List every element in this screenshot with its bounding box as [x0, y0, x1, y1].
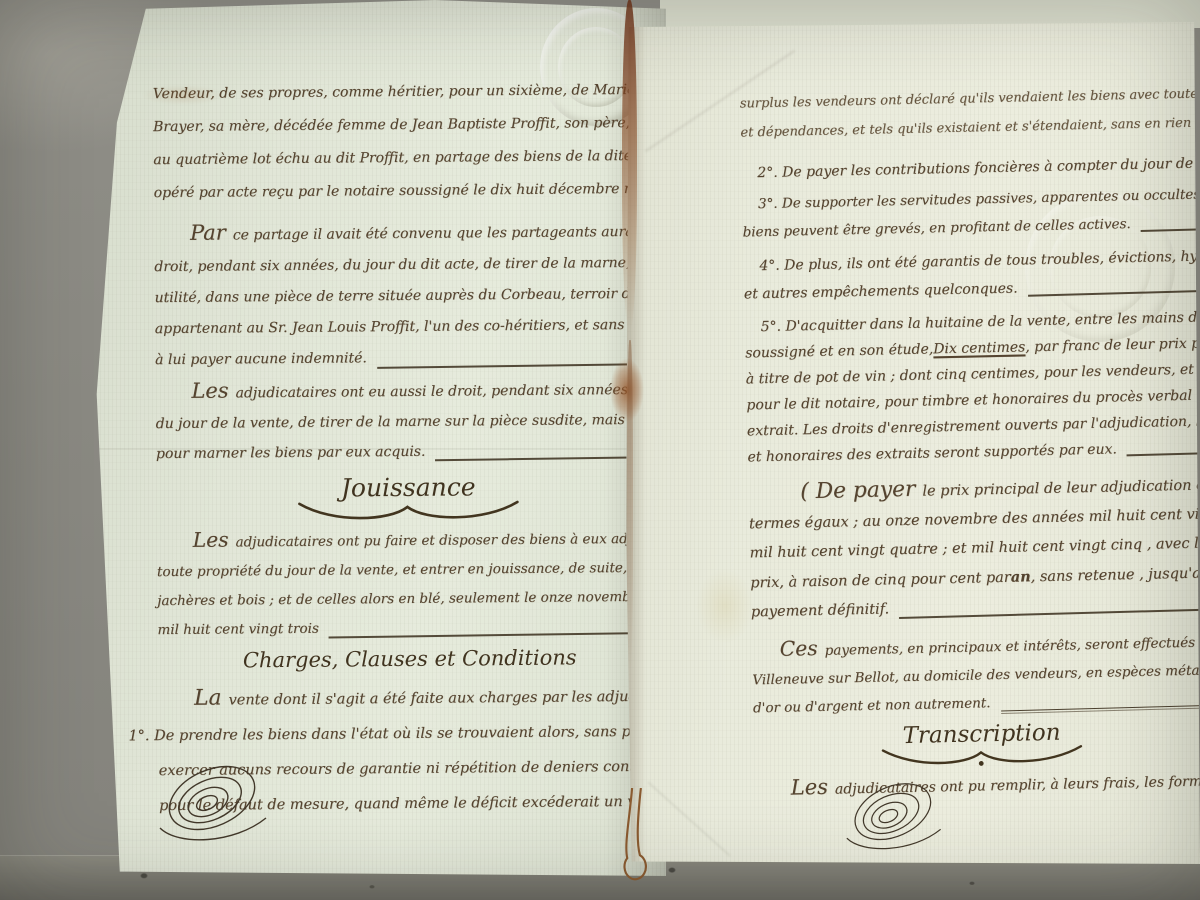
manuscript-line: 1°. De prendre les biens dans l'état où …: [128, 715, 662, 755]
manuscript-left-page: Vendeur, de ses propres, comme héritier,…: [88, 0, 666, 876]
manuscript-line: Parce partage il avait été convenu que l…: [190, 214, 658, 252]
manuscript-line: utilité, dans une pièce de terre située …: [154, 279, 658, 314]
manuscript-line: au quatrième lot échu au dit Proffit, en…: [153, 140, 657, 177]
paragraph-jouissance: Lesadjudicataires ont pu faire et dispos…: [157, 522, 662, 645]
ink-rule: [329, 632, 660, 639]
manuscript-line: appartenant au Sr. Jean Louis Proffit, l…: [155, 310, 659, 345]
manuscript-right-page: surplus les vendeurs ont déclaré qu'ils …: [626, 22, 1200, 864]
paragraph-surplus: surplus les vendeurs ont déclaré qu'ils …: [740, 80, 1197, 148]
paragraph-prix-principal: ( De payerle prix principal de leur adju…: [748, 468, 1200, 627]
clause-item-4: 4°. De plus, ils ont été garantis de tou…: [743, 243, 1200, 309]
manuscript-line: Lesadjudicataires ont eu aussi le droit,…: [191, 372, 659, 409]
ink-rule: [1141, 228, 1197, 232]
manuscript-line: jachères et bois ; et de celles alors en…: [157, 583, 661, 616]
photo-of-manuscript: Vendeur, de ses propres, comme héritier,…: [0, 0, 1200, 900]
section-heading-jouissance: Jouissance: [156, 471, 660, 524]
bold-correction-an: an: [1010, 562, 1031, 591]
paragraph-payements: Cespayements, en principaux et intérêts,…: [751, 625, 1200, 722]
left-page-text: Vendeur, de ses propres, comme héritier,…: [88, 0, 674, 877]
flourish-underline-icon: [293, 499, 523, 523]
ink-rule: [377, 363, 657, 369]
paragraph-opening: Vendeur, de ses propres, comme héritier,…: [153, 74, 658, 210]
manuscript-line: pour marner les biens par eux acquis.: [156, 435, 660, 469]
clause-item-3: 3°. De supporter les servitudes passives…: [742, 181, 1199, 247]
clause-item-5: 5°. D'acquitter dans la huitaine de la v…: [744, 305, 1200, 471]
underlined-dix-centimes: Dix centimes: [933, 334, 1026, 362]
notary-paraph-flourish-icon: [838, 774, 953, 863]
section-heading-charges: Charges, Clauses et Conditions: [158, 645, 662, 673]
ink-rule: [1127, 452, 1200, 456]
manuscript-line: du jour de la vente, de tirer de la marn…: [156, 405, 660, 439]
manuscript-line: Lavente dont il s'agit a été faite aux c…: [194, 677, 662, 719]
ink-rule: [435, 456, 658, 461]
binding-thread-icon: [596, 788, 676, 900]
paragraph-marne: Lesadjudicataires ont eu aussi le droit,…: [155, 372, 660, 469]
manuscript-line: opéré par acte reçu par le notaire souss…: [154, 173, 658, 210]
manuscript-line: toute propriété du jour de la vente, et …: [157, 554, 661, 587]
notary-paraph-flourish-icon: [150, 756, 280, 855]
ink-rule: [899, 609, 1200, 619]
manuscript-line: droit, pendant six années, du jour du di…: [154, 248, 658, 283]
manuscript-line: Lesadjudicataires ont pu faire et dispos…: [193, 522, 661, 558]
section-heading-transcription: Transcription: [753, 716, 1200, 772]
manuscript-line: Vendeur, de ses propres, comme héritier,…: [153, 74, 657, 111]
manuscript-line: à lui payer aucune indemnité.: [155, 341, 659, 376]
paragraph-partage: Parce partage il avait été convenu que l…: [154, 214, 659, 376]
right-page-text: surplus les vendeurs ont déclaré qu'ils …: [626, 9, 1200, 863]
ink-rule: [1028, 290, 1198, 297]
manuscript-line: Brayer, sa mère, décédée femme de Jean B…: [153, 107, 657, 144]
ink-rule: [1001, 705, 1200, 712]
manuscript-line: mil huit cent vingt trois: [157, 612, 661, 645]
